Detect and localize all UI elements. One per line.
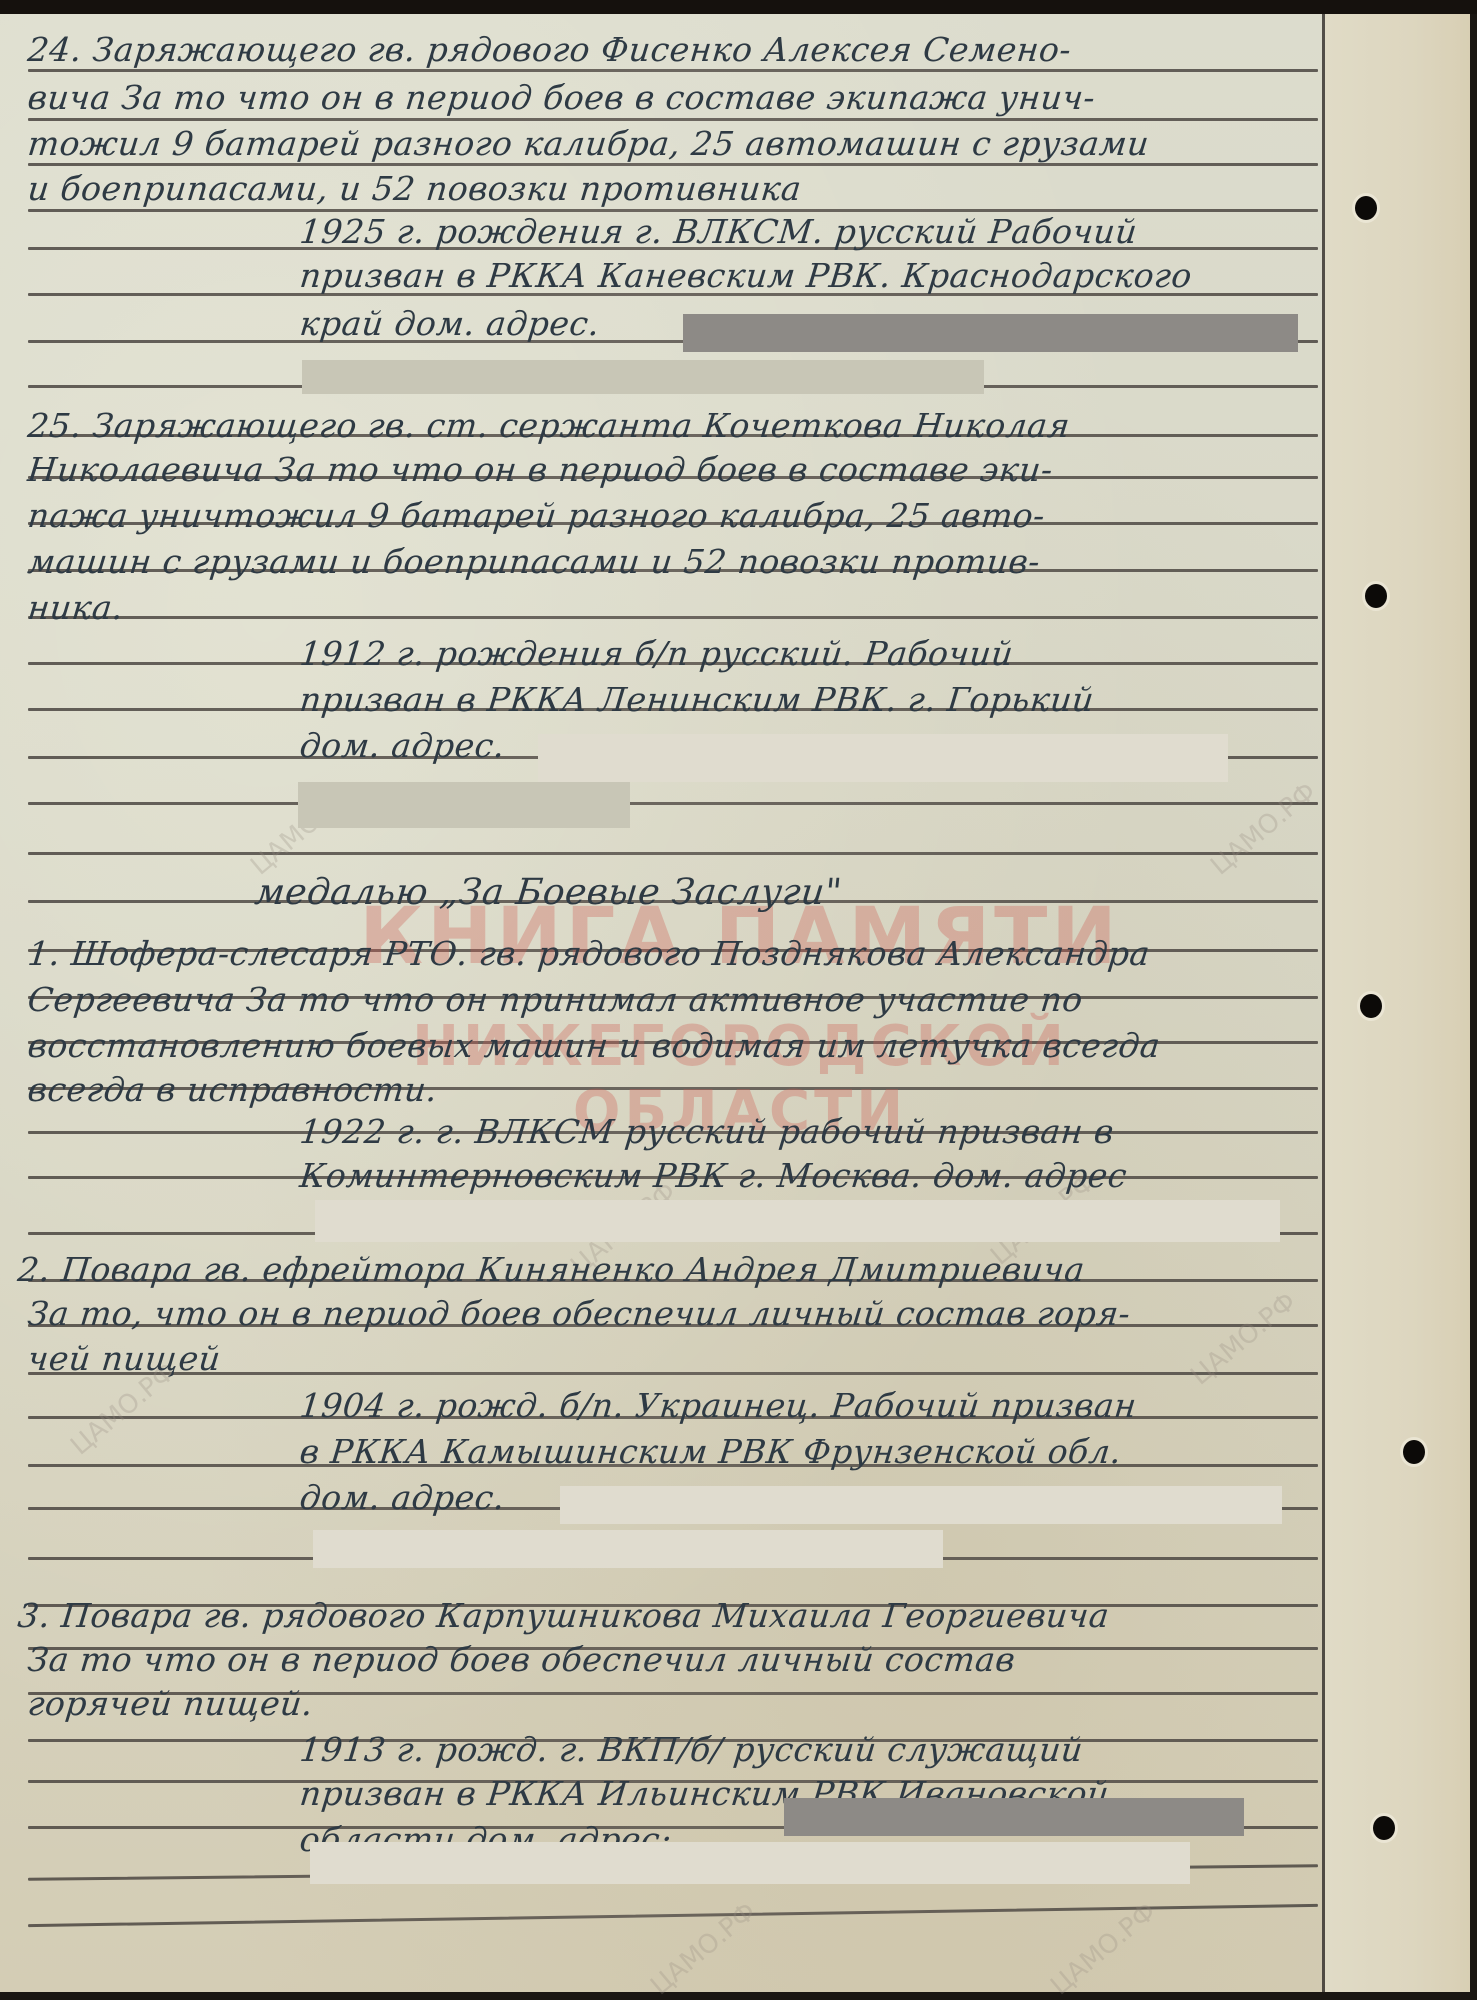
- ruled-line: [28, 616, 1318, 619]
- award-heading: медалью „За Боевые Заслуги": [253, 872, 844, 913]
- redacted-address: [538, 734, 1228, 782]
- entry-24-bio: край дом. адрес.: [298, 304, 602, 343]
- ruled-line: [28, 118, 1318, 121]
- entry-24-bio: призван в РККА Каневским РВК. Краснодарс…: [298, 256, 1194, 295]
- medal-entry-1-bio: 1922 г. г. ВЛКСМ русский рабочий призван…: [298, 1112, 1116, 1151]
- ruled-line: [28, 163, 1318, 166]
- redacted-address: [313, 1530, 943, 1568]
- ruled-line: [28, 1372, 1318, 1375]
- punch-hole: [1355, 196, 1377, 220]
- entry-24-line: 24. Заряжающего гв. рядового Фисенко Але…: [26, 30, 1073, 69]
- medal-entry-2-line: 2. Повара гв. ефрейтора Киняненко Андрея…: [16, 1250, 1087, 1289]
- medal-entry-1-line: восстановлению боевых машин и водимая им…: [26, 1026, 1162, 1065]
- redacted-address: [683, 314, 1298, 352]
- medal-entry-2-bio: 1904 г. рожд. б/п. Украинец. Рабочий при…: [298, 1386, 1139, 1425]
- medal-entry-2-line: чей пищей: [26, 1339, 223, 1378]
- entry-24-line: вича За то что он в период боев в состав…: [26, 78, 1097, 117]
- entry-25-line: машин с грузами и боеприпасами и 52 пово…: [26, 542, 1042, 581]
- ruled-line: [28, 852, 1318, 855]
- watermark-tsamo: ЦАМО.РФ: [1205, 777, 1322, 882]
- medal-entry-2-bio: дом. адрес.: [298, 1478, 507, 1517]
- scanned-document: КНИГА ПАМЯТИ НИЖЕГОРОДСКОЙ ОБЛАСТИ ЦАМО.…: [0, 14, 1470, 1992]
- medal-entry-1-line: 1. Шофера-слесаря РТО. гв. рядового Позд…: [26, 934, 1152, 973]
- entry-25-line: пажа уничтожил 9 батарей разного калибра…: [26, 496, 1047, 535]
- redacted-address: [784, 1798, 1244, 1836]
- entry-24-bio: 1925 г. рождения г. ВЛКСМ. русский Рабоч…: [298, 212, 1139, 251]
- medal-entry-3-bio: 1913 г. рожд. г. ВКП/б/ русский служащий: [298, 1730, 1085, 1769]
- medal-entry-3-line: горячей пищей.: [26, 1684, 315, 1723]
- punch-hole: [1360, 994, 1382, 1018]
- entry-25-line: 25. Заряжающего гв. ст. сержанта Кочетко…: [26, 406, 1072, 445]
- watermark-tsamo: ЦАМО.РФ: [1045, 1897, 1162, 2000]
- medal-entry-3-line: За то что он в период боев обеспечил лич…: [26, 1640, 1017, 1679]
- punch-hole: [1373, 1816, 1395, 1840]
- ruled-line: [28, 1904, 1318, 1927]
- ruled-line: [28, 69, 1318, 72]
- medal-entry-1-line: Сергеевича За то что он принимал активно…: [26, 980, 1085, 1019]
- redacted-address: [302, 360, 984, 394]
- medal-entry-3-line: 3. Повара гв. рядового Карпушникова Миха…: [16, 1596, 1111, 1635]
- entry-24-line: тожил 9 батарей разного калибра, 25 авто…: [26, 124, 1151, 163]
- document-page: КНИГА ПАМЯТИ НИЖЕГОРОДСКОЙ ОБЛАСТИ ЦАМО.…: [0, 14, 1325, 1992]
- binding-margin: [1325, 14, 1470, 1992]
- medal-entry-1-line: всегда в исправности.: [26, 1070, 439, 1109]
- entry-25-line: Николаевича За то что он в период боев в…: [26, 450, 1055, 489]
- medal-entry-2-bio: в РККА Камышинским РВК Фрунзенской обл.: [298, 1432, 1124, 1471]
- ruled-line: [28, 802, 1318, 805]
- redacted-address: [315, 1200, 1280, 1242]
- entry-25-line: ника.: [26, 588, 125, 627]
- entry-25-bio: призван в РККА Ленинским РВК. г. Горький: [298, 680, 1096, 719]
- watermark-tsamo: ЦАМО.РФ: [1185, 1287, 1302, 1392]
- entry-24-line: и боеприпасами, и 52 повозки противника: [26, 169, 803, 208]
- medal-entry-1-bio: Коминтерновским РВК г. Москва. дом. адре…: [298, 1156, 1129, 1195]
- punch-hole: [1403, 1440, 1425, 1464]
- redacted-address: [310, 1842, 1190, 1884]
- scan-top-edge: [0, 0, 1477, 14]
- punch-hole: [1365, 584, 1387, 608]
- entry-25-bio: дом. адрес.: [298, 726, 507, 765]
- redacted-address: [298, 782, 630, 828]
- redacted-address: [560, 1486, 1282, 1524]
- medal-entry-2-line: За то, что он в период боев обеспечил ли…: [26, 1294, 1133, 1333]
- entry-25-bio: 1912 г. рождения б/п русский. Рабочий: [298, 634, 1015, 673]
